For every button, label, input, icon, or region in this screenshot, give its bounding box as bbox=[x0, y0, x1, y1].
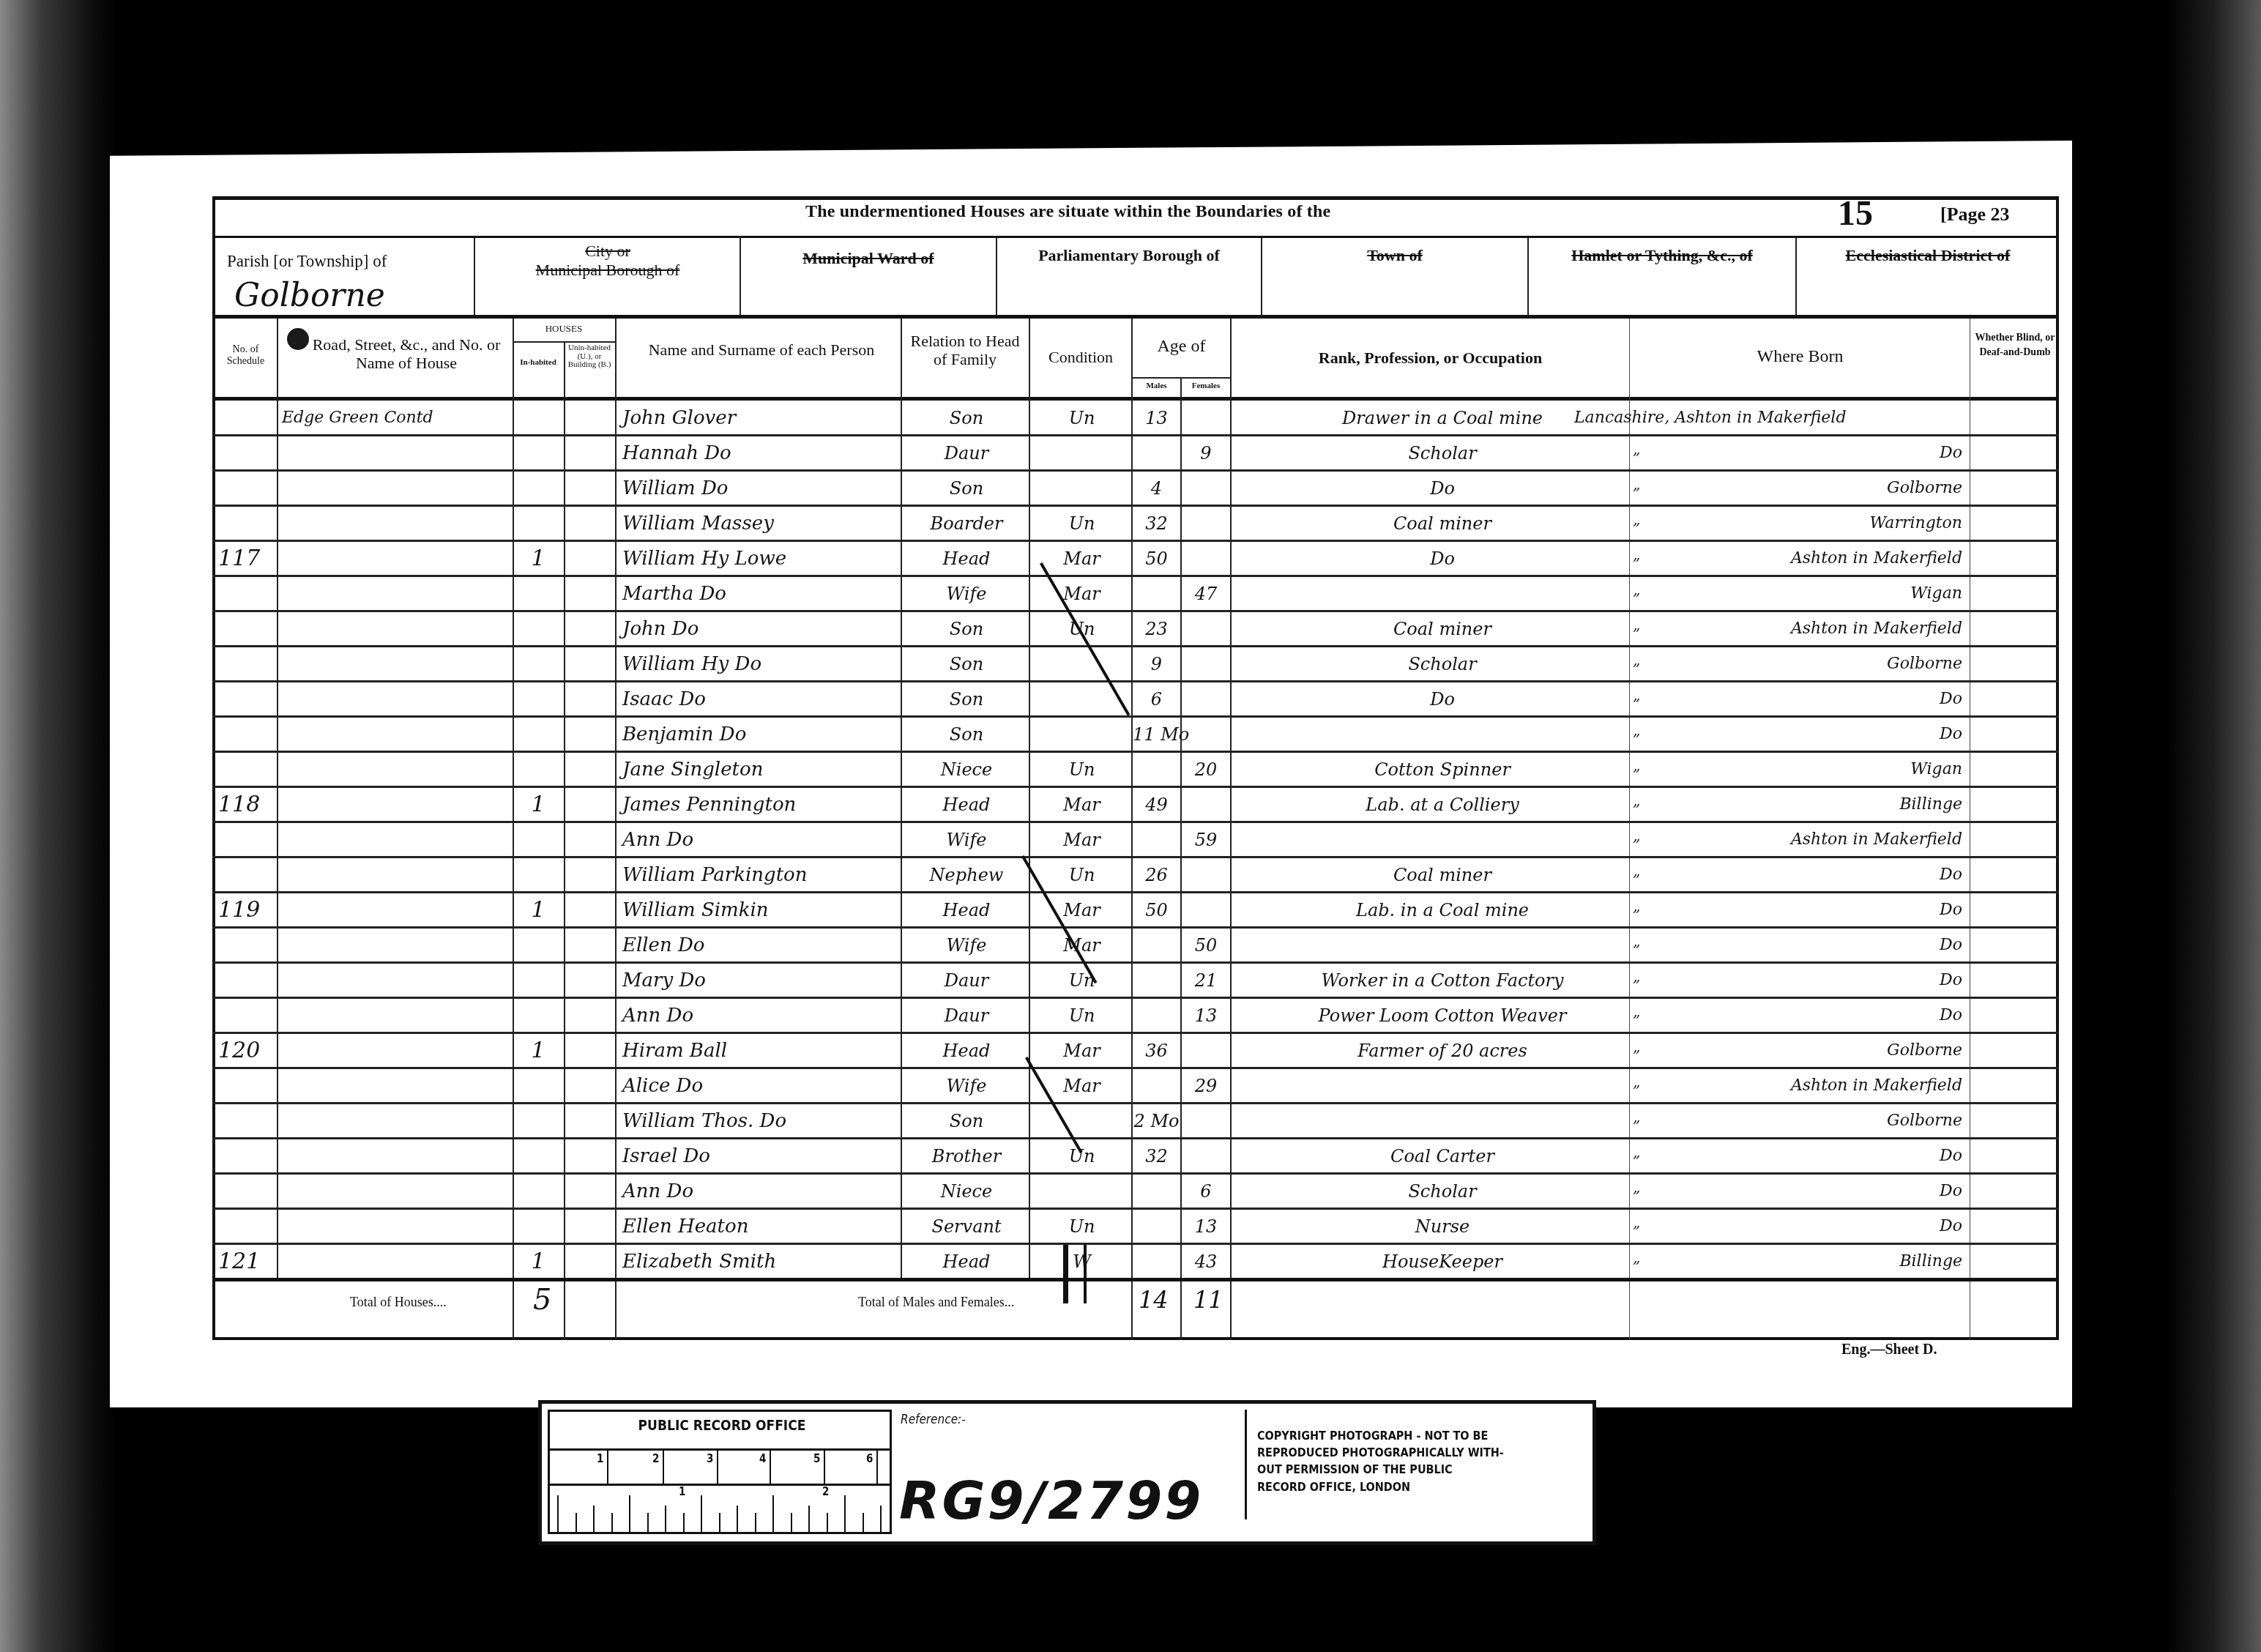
road-name bbox=[282, 998, 502, 1033]
col-road: Road, Street, &c., and No. or Name of Ho… bbox=[308, 335, 505, 373]
relation-to-head: Wife bbox=[904, 1068, 1029, 1104]
schedule-number bbox=[218, 647, 277, 682]
table-row: 1201Hiram BallHeadMar36Farmer of 20 acre… bbox=[212, 1033, 2059, 1068]
relation-to-head: Wife bbox=[904, 576, 1029, 611]
table-row: Ann DoDaurUn13Power Loom Cotton WeaverDo… bbox=[212, 998, 2059, 1033]
col-males: Males bbox=[1133, 382, 1180, 391]
col-females: Females bbox=[1182, 382, 1230, 391]
person-name: Ann Do bbox=[622, 822, 908, 857]
ditto-mark: „ bbox=[1633, 1249, 1640, 1266]
birthplace: Do bbox=[1669, 963, 1962, 998]
person-name: James Pennington bbox=[622, 787, 908, 822]
header-title: The undermentioned Houses are situate wi… bbox=[805, 202, 1330, 222]
marital-condition: Mar bbox=[1032, 822, 1131, 857]
town-label: Town of bbox=[1262, 246, 1527, 265]
ruler-tick bbox=[611, 1513, 613, 1532]
table-row: Hannah DoDaur9ScholarDo„ bbox=[212, 436, 2059, 471]
road-name bbox=[282, 541, 502, 576]
ditto-mark: „ bbox=[1633, 616, 1640, 633]
ruler-tick bbox=[593, 1506, 595, 1532]
schedule-number bbox=[218, 1209, 277, 1244]
person-name: Isaac Do bbox=[622, 682, 908, 717]
inhabited-count bbox=[513, 1174, 564, 1209]
tally-stroke bbox=[1084, 1245, 1087, 1303]
table-row: 1191William SimkinHeadMar50Lab. in a Coa… bbox=[212, 893, 2059, 928]
inhabited-count bbox=[513, 647, 564, 682]
female-age: 21 bbox=[1182, 963, 1230, 998]
road-name bbox=[282, 752, 502, 787]
inhabited-count bbox=[513, 857, 564, 893]
relation-to-head: Servant bbox=[904, 1209, 1029, 1244]
ditto-mark: „ bbox=[1633, 862, 1640, 879]
marital-condition: W bbox=[1032, 1244, 1131, 1279]
occupation: Lab. at a Colliery bbox=[1252, 787, 1633, 822]
inhabited-count bbox=[513, 1209, 564, 1244]
person-name: Hiram Ball bbox=[622, 1033, 908, 1068]
marital-condition: Un bbox=[1032, 998, 1131, 1033]
road-name bbox=[282, 1139, 502, 1174]
occupation bbox=[1252, 717, 1633, 752]
inhabited-count bbox=[513, 576, 564, 611]
ditto-mark: „ bbox=[1633, 651, 1640, 669]
schedule-number bbox=[218, 752, 277, 787]
relation-to-head: Head bbox=[904, 1033, 1029, 1068]
male-age bbox=[1133, 1174, 1180, 1209]
table-row: Edge Green ContdJohn GloverSonUn13Drawer… bbox=[212, 401, 2059, 436]
male-age: 32 bbox=[1133, 506, 1180, 541]
occupation: Coal miner bbox=[1252, 506, 1633, 541]
road-name bbox=[282, 1244, 502, 1279]
female-age bbox=[1182, 401, 1230, 436]
schedule-number bbox=[218, 1104, 277, 1139]
marital-condition: Un bbox=[1032, 1139, 1131, 1174]
col-schedule-no: No. of Schedule bbox=[215, 344, 277, 368]
table-row: John DoSonUn23Coal minerAshton in Makerf… bbox=[212, 611, 2059, 647]
col-name: Name and Surname of each Person bbox=[630, 341, 893, 359]
relation-to-head: Son bbox=[904, 611, 1029, 647]
occupation: Coal miner bbox=[1252, 857, 1633, 893]
marital-condition: Mar bbox=[1032, 1033, 1131, 1068]
ruler-tick bbox=[824, 1451, 825, 1484]
schedule-number bbox=[218, 682, 277, 717]
copyright-line: REPRODUCED PHOTOGRAPHICALLY WITH- bbox=[1257, 1444, 1589, 1461]
occupation bbox=[1252, 928, 1633, 963]
relation-to-head: Nephew bbox=[904, 857, 1029, 893]
ruler-centimetres: 1 2 bbox=[550, 1484, 890, 1532]
marital-condition bbox=[1032, 1104, 1131, 1139]
schedule-number bbox=[218, 998, 277, 1033]
inhabited-count bbox=[513, 1104, 564, 1139]
relation-to-head: Head bbox=[904, 1244, 1029, 1279]
marital-condition bbox=[1032, 1174, 1131, 1209]
marital-condition: Un bbox=[1032, 752, 1131, 787]
female-age bbox=[1182, 471, 1230, 506]
birthplace: Billinge bbox=[1669, 1244, 1962, 1279]
ditto-mark: „ bbox=[1633, 475, 1640, 493]
person-name: William Hy Do bbox=[622, 647, 908, 682]
seal-mark bbox=[287, 328, 309, 350]
inhabited-count bbox=[513, 822, 564, 857]
birthplace: Do bbox=[1669, 893, 1962, 928]
inhabited-count bbox=[513, 717, 564, 752]
female-age: 59 bbox=[1182, 822, 1230, 857]
marital-condition: Mar bbox=[1032, 576, 1131, 611]
pro-ruler-box: PUBLIC RECORD OFFICE 1 2 3 4 5 6 1 2 bbox=[548, 1410, 892, 1534]
female-age bbox=[1182, 506, 1230, 541]
person-name: Ann Do bbox=[622, 998, 908, 1033]
table-row: William MasseyBoarderUn32Coal minerWarri… bbox=[212, 506, 2059, 541]
total-females-value: 11 bbox=[1193, 1286, 1223, 1314]
schedule-number: 121 bbox=[218, 1244, 277, 1279]
relation-to-head: Boarder bbox=[904, 506, 1029, 541]
schedule-number bbox=[218, 471, 277, 506]
inhabited-count bbox=[513, 928, 564, 963]
schedule-number bbox=[218, 822, 277, 857]
ruler-tick bbox=[755, 1513, 756, 1532]
table-row: Ann DoNiece6ScholarDo„ bbox=[212, 1174, 2059, 1209]
occupation: Worker in a Cotton Factory bbox=[1252, 963, 1633, 998]
table-row: Mary DoDaurUn21Worker in a Cotton Factor… bbox=[212, 963, 2059, 998]
page-number: [Page 23 bbox=[1940, 204, 2010, 226]
ditto-mark: „ bbox=[1633, 1108, 1640, 1125]
occupation: Lab. in a Coal mine bbox=[1252, 893, 1633, 928]
road-name bbox=[282, 576, 502, 611]
inhabited-count bbox=[513, 1139, 564, 1174]
ruler-tick bbox=[717, 1451, 718, 1484]
total-houses-value: 5 bbox=[533, 1283, 551, 1317]
divider bbox=[212, 315, 2059, 319]
birthplace: Do bbox=[1669, 682, 1962, 717]
col-relation: Relation to Head of Family bbox=[902, 332, 1028, 369]
person-name: Mary Do bbox=[622, 963, 908, 998]
inhabited-count bbox=[513, 998, 564, 1033]
relation-to-head: Wife bbox=[904, 928, 1029, 963]
person-name: Jane Singleton bbox=[622, 752, 908, 787]
male-age bbox=[1133, 752, 1180, 787]
male-age: 6 bbox=[1133, 682, 1180, 717]
table-row: Martha DoWifeMar47Wigan„ bbox=[212, 576, 2059, 611]
schedule-number bbox=[218, 611, 277, 647]
ruler-number: 5 bbox=[813, 1452, 820, 1465]
female-age: 29 bbox=[1182, 1068, 1230, 1104]
relation-to-head: Brother bbox=[904, 1139, 1029, 1174]
relation-to-head: Head bbox=[904, 787, 1029, 822]
ruler-tick bbox=[863, 1513, 864, 1532]
road-name bbox=[282, 963, 502, 998]
male-age: 23 bbox=[1133, 611, 1180, 647]
female-age bbox=[1182, 682, 1230, 717]
birthplace: Wigan bbox=[1669, 752, 1962, 787]
marital-condition: Un bbox=[1032, 963, 1131, 998]
ecclesiastical-district-label: Ecclesiastical District of bbox=[1797, 246, 2059, 265]
occupation: Farmer of 20 acres bbox=[1252, 1033, 1633, 1068]
person-name: William Simkin bbox=[622, 893, 908, 928]
person-name: Ann Do bbox=[622, 1174, 908, 1209]
male-age bbox=[1133, 998, 1180, 1033]
road-name bbox=[282, 717, 502, 752]
birthplace: Do bbox=[1669, 1209, 1962, 1244]
parish-label: Parish [or Township] of bbox=[227, 252, 387, 271]
male-age: 50 bbox=[1133, 893, 1180, 928]
inhabited-count: 1 bbox=[513, 787, 564, 822]
ditto-mark: „ bbox=[1633, 897, 1640, 915]
relation-to-head: Daur bbox=[904, 963, 1029, 998]
occupation: Coal miner bbox=[1252, 611, 1633, 647]
schedule-number bbox=[218, 717, 277, 752]
female-age bbox=[1182, 787, 1230, 822]
relation-to-head: Son bbox=[904, 471, 1029, 506]
birthplace: Ashton in Makerfield bbox=[1669, 541, 1962, 576]
relation-to-head: Son bbox=[904, 647, 1029, 682]
folio-number: 15 bbox=[1838, 193, 1873, 234]
inhabited-count bbox=[513, 401, 564, 436]
col-age-of: Age of bbox=[1133, 337, 1230, 357]
birthplace: Golborne bbox=[1669, 647, 1962, 682]
occupation: Cotton Spinner bbox=[1252, 752, 1633, 787]
col-uninhabited: Unin-habited (U.), or Building (B.) bbox=[565, 344, 614, 370]
birthplace: Do bbox=[1669, 436, 1962, 471]
table-row: William Thos. DoSon2 MoGolborne„ bbox=[212, 1104, 2059, 1139]
ruler-tick bbox=[683, 1513, 685, 1532]
occupation: Power Loom Cotton Weaver bbox=[1252, 998, 1633, 1033]
schedule-number bbox=[218, 857, 277, 893]
ruler-tick bbox=[737, 1506, 738, 1532]
inhabited-count bbox=[513, 436, 564, 471]
female-age bbox=[1182, 1139, 1230, 1174]
person-name: William Parkington bbox=[622, 857, 908, 893]
inhabited-count bbox=[513, 611, 564, 647]
marital-condition: Mar bbox=[1032, 1068, 1131, 1104]
ruler-number: 2 bbox=[822, 1485, 829, 1498]
ditto-mark: „ bbox=[1633, 721, 1640, 739]
ruler-tick bbox=[647, 1513, 649, 1532]
parish-value: Golborne bbox=[234, 277, 385, 314]
schedule-number bbox=[218, 963, 277, 998]
relation-to-head: Wife bbox=[904, 822, 1029, 857]
person-name: Ellen Heaton bbox=[622, 1209, 908, 1244]
schedule-number bbox=[218, 506, 277, 541]
female-age bbox=[1182, 541, 1230, 576]
birthplace: Do bbox=[1669, 717, 1962, 752]
ruler-tick bbox=[576, 1513, 577, 1532]
ditto-mark: „ bbox=[1633, 967, 1640, 985]
occupation: Coal Carter bbox=[1252, 1139, 1633, 1174]
ruler-tick bbox=[772, 1495, 774, 1532]
occupation: Scholar bbox=[1252, 647, 1633, 682]
birthplace: Wigan bbox=[1669, 576, 1962, 611]
birthplace: Billinge bbox=[1669, 787, 1962, 822]
schedule-number: 119 bbox=[218, 893, 277, 928]
municipal-ward-label: Municipal Ward of bbox=[741, 249, 996, 268]
female-age: 50 bbox=[1182, 928, 1230, 963]
table-row: Ann DoWifeMar59Ashton in Makerfield„ bbox=[212, 822, 2059, 857]
marital-condition: Mar bbox=[1032, 787, 1131, 822]
ruler-tick bbox=[701, 1495, 702, 1532]
schedule-number: 117 bbox=[218, 541, 277, 576]
female-age: 6 bbox=[1182, 1174, 1230, 1209]
female-age bbox=[1182, 893, 1230, 928]
col-inhabited: In-habited bbox=[514, 359, 562, 368]
schedule-number bbox=[218, 1068, 277, 1104]
road-name bbox=[282, 436, 502, 471]
ruler-tick bbox=[808, 1506, 810, 1532]
female-age: 13 bbox=[1182, 1209, 1230, 1244]
road-name bbox=[282, 928, 502, 963]
person-name: William Massey bbox=[622, 506, 908, 541]
relation-to-head: Daur bbox=[904, 436, 1029, 471]
copyright-line: RECORD OFFICE, LONDON bbox=[1257, 1478, 1589, 1495]
ditto-mark: „ bbox=[1633, 932, 1640, 950]
table-row: Ellen DoWifeMar50Do„ bbox=[212, 928, 2059, 963]
total-males-value: 14 bbox=[1139, 1286, 1169, 1314]
ditto-mark: „ bbox=[1633, 510, 1640, 528]
male-age bbox=[1133, 1209, 1180, 1244]
female-age: 9 bbox=[1182, 436, 1230, 471]
table-row: William DoSon4DoGolborne„ bbox=[212, 471, 2059, 506]
sheet-identifier: Eng.—Sheet D. bbox=[1841, 1342, 1937, 1358]
col-condition: Condition bbox=[1030, 348, 1131, 366]
inhabited-count bbox=[513, 682, 564, 717]
road-name bbox=[282, 1104, 502, 1139]
occupation bbox=[1252, 1104, 1633, 1139]
table-row: William Hy DoSon9ScholarGolborne„ bbox=[212, 647, 2059, 682]
occupation: Do bbox=[1252, 471, 1633, 506]
table-row: Israel DoBrotherUn32Coal CarterDo„ bbox=[212, 1139, 2059, 1174]
copyright-line: COPYRIGHT PHOTOGRAPH - NOT TO BE bbox=[1257, 1427, 1589, 1444]
female-age bbox=[1182, 647, 1230, 682]
col-occupation: Rank, Profession, or Occupation bbox=[1232, 349, 1629, 367]
birthplace: Warrington bbox=[1669, 506, 1962, 541]
ruler-tick bbox=[719, 1513, 720, 1532]
ruler-tick bbox=[663, 1451, 664, 1484]
table-row: 1211Elizabeth SmithHeadW43HouseKeeperBil… bbox=[212, 1244, 2059, 1279]
schedule-number bbox=[218, 1139, 277, 1174]
ditto-mark: „ bbox=[1633, 686, 1640, 704]
relation-to-head: Son bbox=[904, 1104, 1029, 1139]
ditto-mark: „ bbox=[1633, 1002, 1640, 1020]
pro-reference-label: PUBLIC RECORD OFFICE 1 2 3 4 5 6 1 2 Ref… bbox=[538, 1400, 1596, 1545]
relation-to-head: Niece bbox=[904, 752, 1029, 787]
inhabited-count: 1 bbox=[513, 893, 564, 928]
female-age: 20 bbox=[1182, 752, 1230, 787]
table-row: 1171William Hy LoweHeadMar50DoAshton in … bbox=[212, 541, 2059, 576]
table-row: Isaac DoSon6DoDo„ bbox=[212, 682, 2059, 717]
reference-label: Reference:- bbox=[901, 1413, 966, 1427]
occupation bbox=[1252, 576, 1633, 611]
male-age: 9 bbox=[1133, 647, 1180, 682]
female-age bbox=[1182, 717, 1230, 752]
ruler-number: 6 bbox=[866, 1452, 873, 1465]
inhabited-count bbox=[513, 752, 564, 787]
occupation: Scholar bbox=[1252, 436, 1633, 471]
male-age: 11 Mo bbox=[1133, 717, 1180, 752]
occupation: Do bbox=[1252, 541, 1633, 576]
inhabited-count bbox=[513, 963, 564, 998]
ditto-mark: „ bbox=[1633, 1073, 1640, 1090]
copyright-line: OUT PERMISSION OF THE PUBLIC bbox=[1257, 1461, 1589, 1478]
person-name: John Glover bbox=[622, 401, 908, 436]
female-age bbox=[1182, 1033, 1230, 1068]
male-age: 2 Mo bbox=[1133, 1104, 1180, 1139]
marital-condition: Un bbox=[1032, 857, 1131, 893]
female-age bbox=[1182, 857, 1230, 893]
person-name: Martha Do bbox=[622, 576, 908, 611]
ruler-tick bbox=[665, 1506, 666, 1532]
schedule-number bbox=[218, 1174, 277, 1209]
schedule-number bbox=[218, 928, 277, 963]
ruler-number: 2 bbox=[652, 1452, 659, 1465]
marital-condition: Un bbox=[1032, 1209, 1131, 1244]
scan-left-shadow bbox=[0, 0, 117, 1652]
marital-condition bbox=[1032, 436, 1131, 471]
birthplace: Ashton in Makerfield bbox=[1669, 1068, 1962, 1104]
inhabited-count bbox=[513, 471, 564, 506]
male-age bbox=[1133, 576, 1180, 611]
occupation: Scholar bbox=[1252, 1174, 1633, 1209]
person-name: Benjamin Do bbox=[622, 717, 908, 752]
birthplace: Golborne bbox=[1669, 1033, 1962, 1068]
ditto-mark: „ bbox=[1633, 1178, 1640, 1196]
male-age bbox=[1133, 963, 1180, 998]
ruler-tick bbox=[629, 1495, 630, 1532]
col-blind-deaf-dumb: Whether Blind, or Deaf-and-Dumb bbox=[1973, 331, 2057, 361]
birthplace: Do bbox=[1669, 928, 1962, 963]
table-row: Benjamin DoSon11 MoDo„ bbox=[212, 717, 2059, 752]
relation-to-head: Son bbox=[904, 401, 1029, 436]
ruler-tick bbox=[557, 1495, 559, 1532]
total-houses-label: Total of Houses.... bbox=[350, 1295, 447, 1310]
city-label-line1: City or bbox=[476, 242, 740, 261]
road-name bbox=[282, 471, 502, 506]
ruler-inches: 1 2 3 4 5 6 bbox=[550, 1448, 890, 1486]
male-age bbox=[1133, 822, 1180, 857]
occupation: HouseKeeper bbox=[1252, 1244, 1633, 1279]
female-age bbox=[1182, 611, 1230, 647]
female-age: 13 bbox=[1182, 998, 1230, 1033]
male-age: 36 bbox=[1133, 1033, 1180, 1068]
road-name: Edge Green Contd bbox=[282, 401, 502, 436]
road-name bbox=[282, 1174, 502, 1209]
tally-stroke bbox=[1063, 1245, 1068, 1303]
ditto-mark: „ bbox=[1633, 756, 1640, 774]
ditto-mark: „ bbox=[1633, 827, 1640, 844]
col-where-born: Where Born bbox=[1631, 347, 1970, 368]
road-name bbox=[282, 611, 502, 647]
ruler-tick bbox=[844, 1495, 846, 1532]
marital-condition bbox=[1032, 471, 1131, 506]
person-name: William Do bbox=[622, 471, 908, 506]
birthplace: Do bbox=[1669, 1139, 1962, 1174]
person-name: Hannah Do bbox=[622, 436, 908, 471]
reference-value: RG9/2799 bbox=[899, 1470, 1203, 1531]
ditto-mark: „ bbox=[1633, 581, 1640, 598]
ruler-number: 1 bbox=[679, 1485, 685, 1498]
road-name bbox=[282, 1033, 502, 1068]
birthplace: Golborne bbox=[1669, 471, 1962, 506]
table-row: Alice DoWifeMar29Ashton in Makerfield„ bbox=[212, 1068, 2059, 1104]
male-age bbox=[1133, 1244, 1180, 1279]
road-name bbox=[282, 787, 502, 822]
scan-right-shadow bbox=[2166, 0, 2261, 1652]
table-row: Ellen HeatonServantUn13NurseDo„ bbox=[212, 1209, 2059, 1244]
male-age: 49 bbox=[1133, 787, 1180, 822]
road-name bbox=[282, 1209, 502, 1244]
ruler-tick bbox=[791, 1513, 792, 1532]
male-age bbox=[1133, 436, 1180, 471]
divider bbox=[212, 236, 2059, 238]
relation-to-head: Head bbox=[904, 541, 1029, 576]
ruler-tick bbox=[607, 1451, 608, 1484]
